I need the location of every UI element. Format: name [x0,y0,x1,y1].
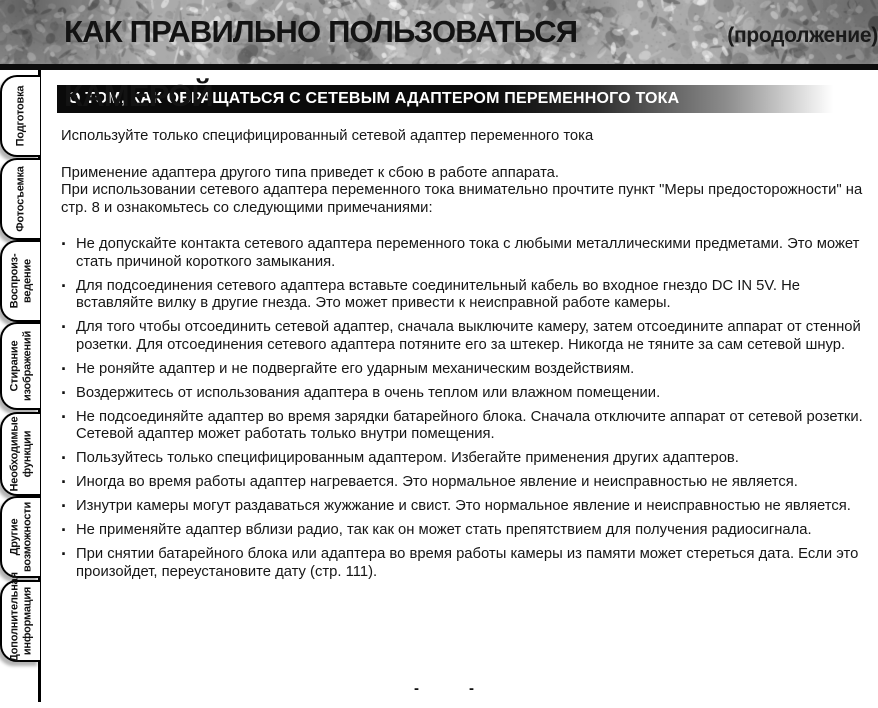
list-item-text: Иногда во время работы адаптер нагревает… [76,474,874,492]
sidebar-tab-required-functions: Необходимые функции [0,412,40,496]
list-item-text: Не применяйте адаптер вблизи радио, так … [76,522,874,540]
list-item: · Для подсоединения сетевого адаптера вс… [61,278,874,313]
tab-label: Воспроиз- ведение [8,240,33,322]
tab-label: Подготовка [15,75,28,157]
sidebar-tab-erasing-images: Стирание изображений [0,322,40,410]
notes-list: · Не допускайте контакта сетевого адапте… [57,236,874,581]
main-content: О ТОМ, КАК ОБРАЩАТЬСЯ С СЕТЕВЫМ АДАПТЕРО… [57,85,874,588]
list-item: · Воздержитесь от использования адаптера… [61,385,874,403]
sidebar-tab-playback: Воспроиз- ведение [0,240,40,322]
list-item-text: Не допускайте контакта сетевого адаптера… [76,236,874,271]
bullet-icon: · [61,361,76,379]
bullet-icon: · [61,522,76,540]
tab-label: Фотосъемка [15,158,28,240]
list-item-text: Для подсоединения сетевого адаптера вста… [76,278,874,313]
sidebar-tab-shooting: Фотосъемка [0,158,40,240]
bullet-icon: · [61,546,76,581]
list-item: · Иногда во время работы адаптер нагрева… [61,474,874,492]
page-number-marker: - - [414,680,474,697]
page-subtitle: (продолжение) [727,24,878,48]
sidebar-tab-additional-info: Дополнительная информация [0,580,40,662]
list-item-text: Не подсоединяйте адаптер во время зарядк… [76,409,874,444]
intro-paragraph-2-line2: При использовании сетевого адаптера пере… [61,182,874,217]
list-item: · Изнутри камеры могут раздаваться жужжа… [61,498,874,516]
list-item-text: Изнутри камеры могут раздаваться жужжани… [76,498,874,516]
tab-label: Дополнительная информация [8,580,33,662]
list-item: · Не допускайте контакта сетевого адапте… [61,236,874,271]
list-item-text: Воздержитесь от использования адаптера в… [76,385,874,403]
list-item: · Пользуйтесь только специфицированным а… [61,450,874,468]
page-banner: КАК ПРАВИЛЬНО ПОЛЬЗОВАТЬСЯ КАМЕРОЙ (прод… [0,0,878,70]
bullet-icon: · [61,236,76,271]
list-item-text: Пользуйтесь только специфицированным ада… [76,450,874,468]
list-item: · Не применяйте адаптер вблизи радио, та… [61,522,874,540]
sidebar-tab-other-features: Другие возможности [0,496,40,578]
list-item-text: Не роняйте адаптер и не подвергайте его … [76,361,874,379]
bullet-icon: · [61,474,76,492]
list-item: · Не подсоединяйте адаптер во время заря… [61,409,874,444]
intro-paragraph-2: Применение адаптера другого типа приведе… [61,165,874,218]
list-item: · Не роняйте адаптер и не подвергайте ег… [61,361,874,379]
list-item: · Для того чтобы отсоединить сетевой ада… [61,319,874,354]
intro-paragraph-2-line1: Применение адаптера другого типа приведе… [61,165,874,183]
sidebar-tab-preparation: Подготовка [0,75,40,157]
bullet-icon: · [61,385,76,403]
bullet-icon: · [61,450,76,468]
tab-label: Необходимые функции [8,413,33,495]
bullet-icon: · [61,278,76,313]
page-title: КАК ПРАВИЛЬНО ПОЛЬЗОВАТЬСЯ КАМЕРОЙ [64,0,711,128]
page-number-dash-right: - [469,680,474,697]
bullet-icon: · [61,409,76,444]
tab-label: Другие возможности [8,496,33,578]
intro-paragraph-1: Используйте только специфицированный сет… [61,128,874,146]
list-item-text: При снятии батарейного блока или адаптер… [76,546,874,581]
bullet-icon: · [61,498,76,516]
bullet-icon: · [61,319,76,354]
tab-label: Стирание изображений [8,325,33,407]
list-item: · При снятии батарейного блока или адапт… [61,546,874,581]
list-item-text: Для того чтобы отсоединить сетевой адапт… [76,319,874,354]
page-number-dash-left: - [414,680,419,697]
banner-text: КАК ПРАВИЛЬНО ПОЛЬЗОВАТЬСЯ КАМЕРОЙ (прод… [64,0,878,64]
